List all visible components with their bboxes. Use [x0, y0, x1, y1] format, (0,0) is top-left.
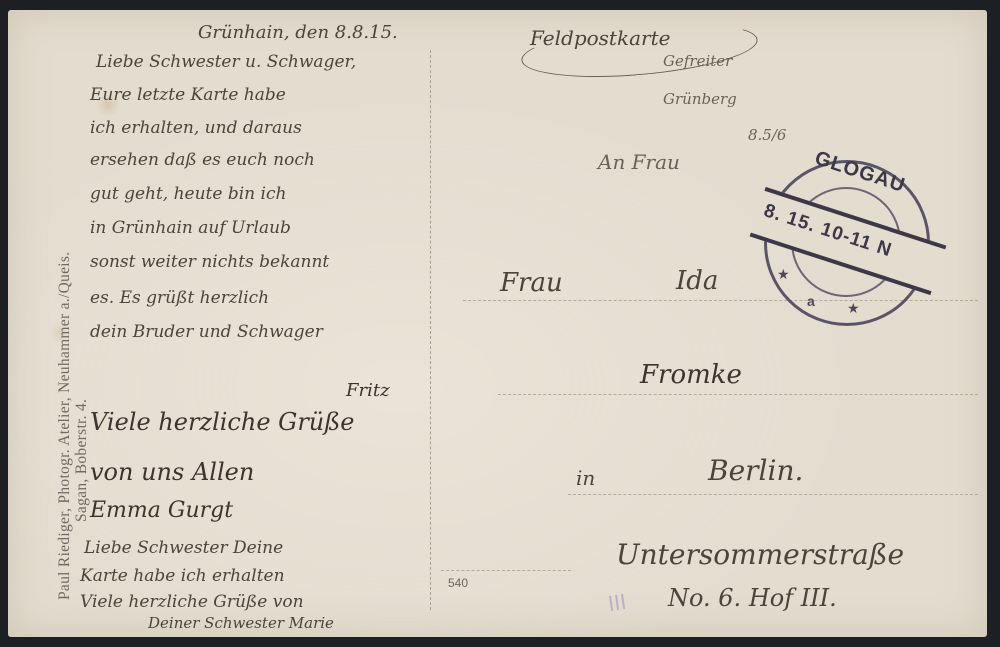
sender-line: Grünberg [663, 90, 737, 108]
postmark: GLOGAU 8. 15. 10-11 N ★ ★ a [764, 160, 930, 326]
recipient-first-name: Ida [676, 266, 718, 296]
recipient-salutation: Frau [500, 268, 563, 298]
catalog-number: 540 [448, 576, 468, 590]
postcard-back: Paul Riediger, Photogr. Atelier, Neuhamm… [8, 10, 987, 637]
message-line: ich erhalten, und daraus [90, 118, 302, 138]
message-line: Eure letzte Karte habe [90, 85, 286, 105]
message-line: sonst weiter nichts bekannt [90, 252, 329, 272]
message-signature: Fritz [346, 380, 390, 401]
message-line: Emma Gurgt [90, 498, 233, 523]
address-line-2 [498, 394, 978, 395]
message-line: gut geht, heute bin ich [90, 184, 286, 204]
sender-line: Gefreiter [663, 52, 732, 70]
message-line: Deiner Schwester Marie [148, 614, 334, 632]
message-dateline: Grünhain, den 8.8.15. [198, 22, 398, 43]
message-line: Karte habe ich erhalten [80, 566, 285, 586]
address-line-3 [568, 494, 978, 495]
message-line: dein Bruder und Schwager [90, 322, 323, 342]
faint-pencil-mark: III [606, 589, 628, 617]
recipient-surname: Fromke [640, 360, 742, 390]
message-line: ersehen daß es euch noch [90, 150, 315, 170]
address-an: An Frau [598, 150, 680, 174]
address-line-4 [441, 570, 571, 571]
city-prefix: in [576, 466, 595, 490]
message-line: von uns Allen [90, 458, 254, 486]
sender-unit: 8.5/6 [748, 126, 786, 144]
recipient-house: No. 6. Hof III. [668, 584, 837, 612]
message-line: Viele herzliche Grüße [90, 408, 355, 436]
message-line: in Grünhain auf Urlaub [90, 218, 291, 238]
center-divider [430, 50, 431, 610]
message-line: Liebe Schwester u. Schwager, [96, 52, 356, 72]
feldpost-header: Feldpostkarte [530, 26, 670, 50]
postmark-star-icon: ★ [847, 301, 860, 317]
imprint-line-1: Paul Riediger, Photogr. Atelier, Neuhamm… [56, 252, 73, 600]
message-line: Liebe Schwester Deine [84, 538, 283, 558]
recipient-street: Untersommerstraße [616, 538, 904, 571]
postmark-bottom-mark: a [807, 293, 815, 309]
message-line: Viele herzliche Grüße von [80, 592, 304, 612]
recipient-city: Berlin. [708, 454, 803, 487]
postmark-star-icon: ★ [777, 267, 790, 283]
message-line: es. Es grüßt herzlich [90, 288, 269, 308]
